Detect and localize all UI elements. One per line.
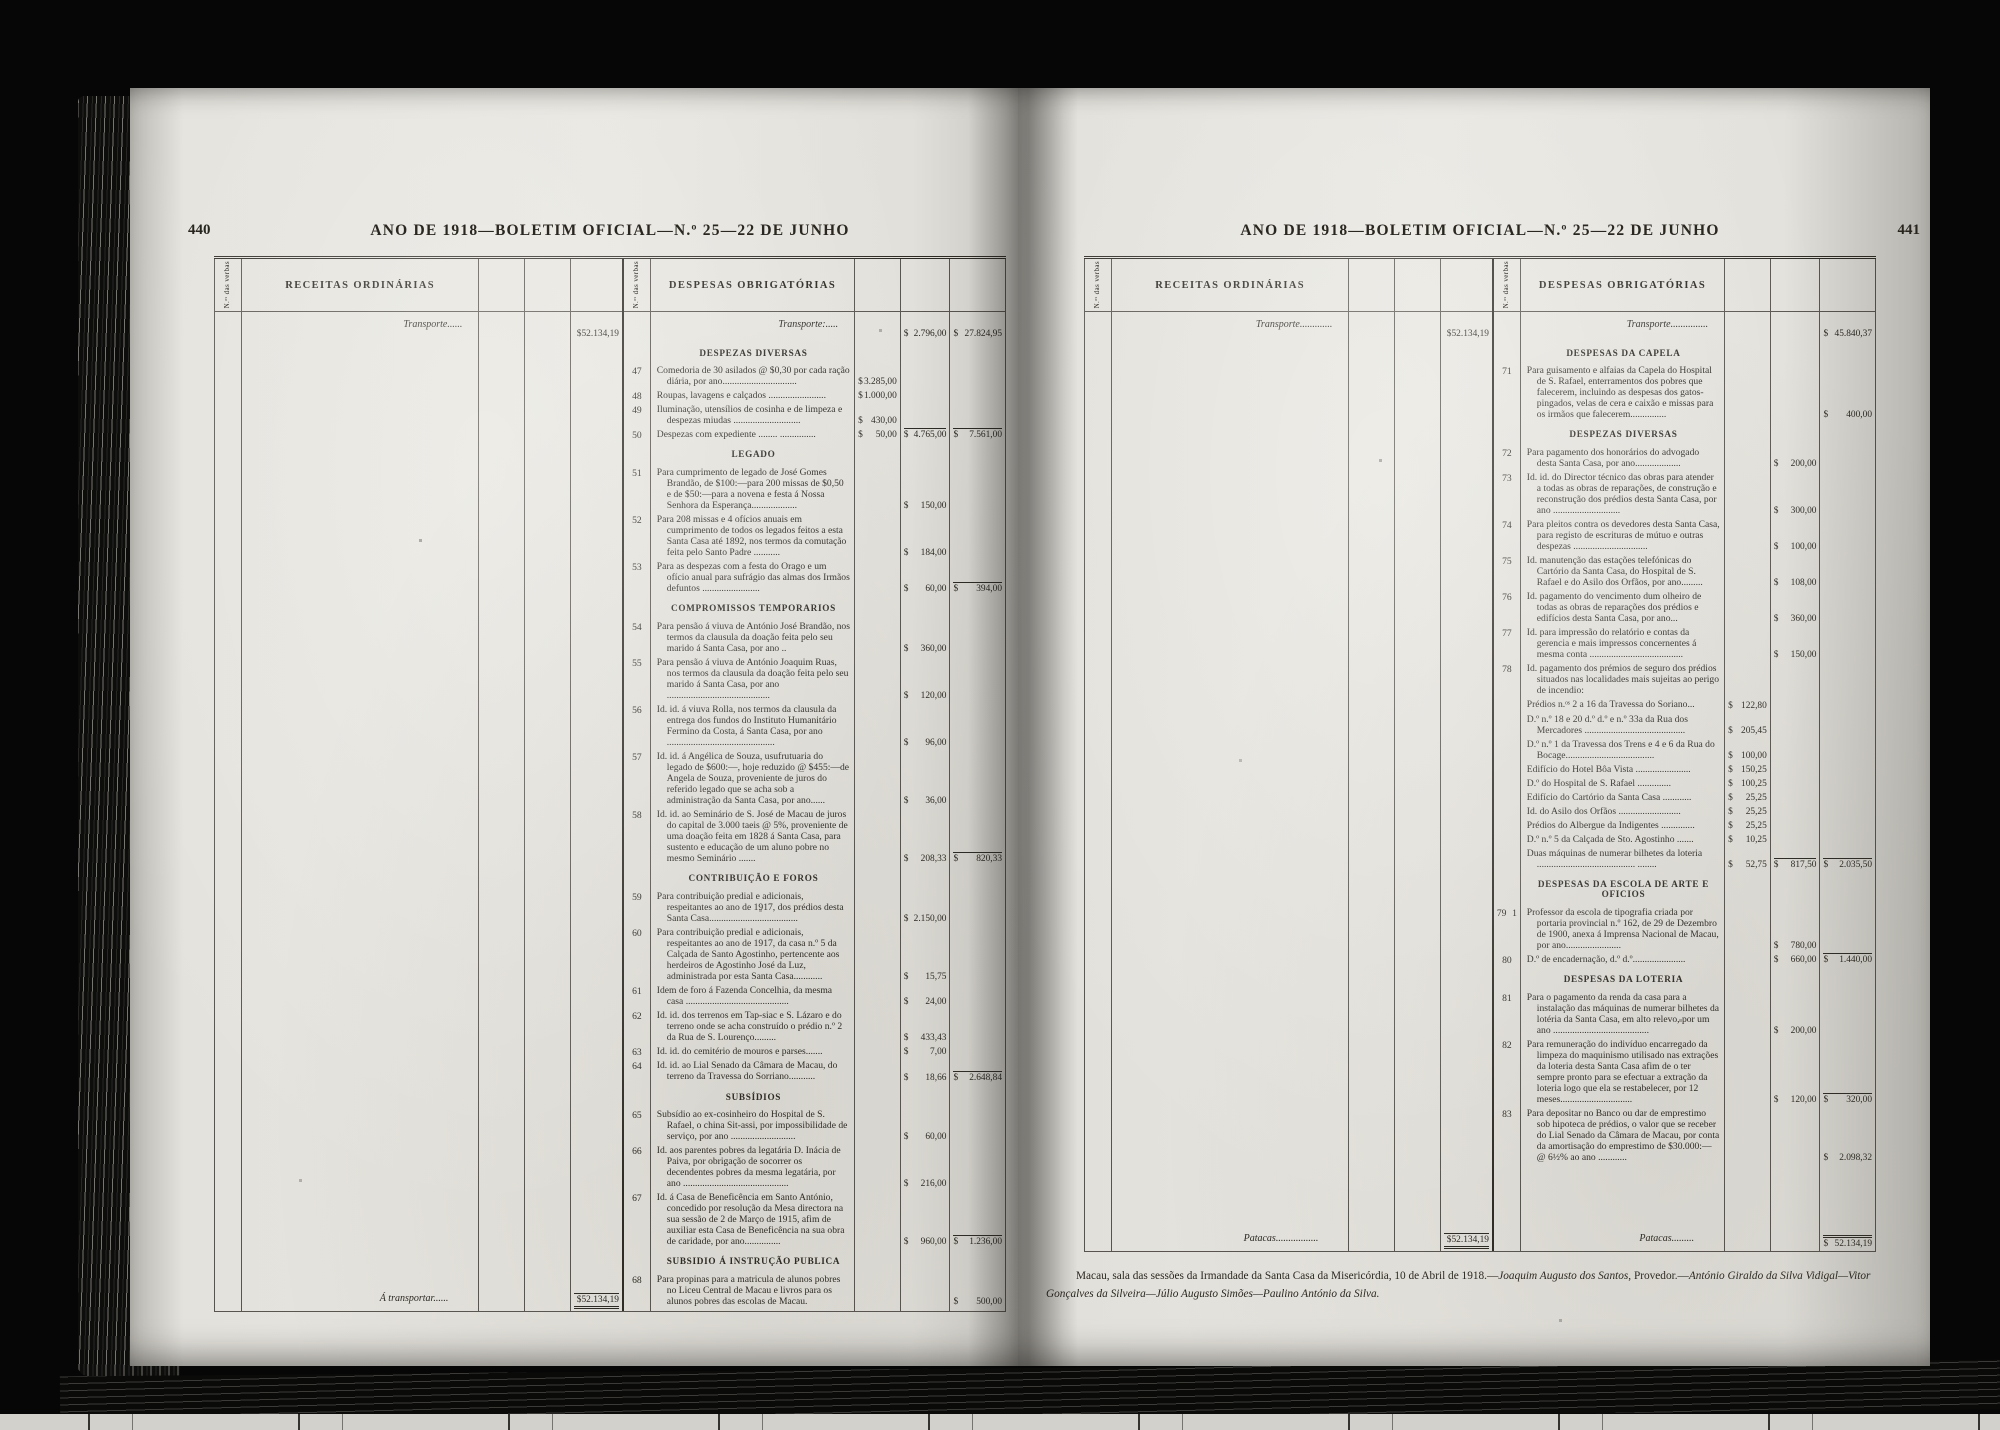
amount-cell [1348, 341, 1394, 1229]
verba-number-cell: 55 [624, 656, 650, 703]
amount: $300,00 [1774, 506, 1817, 516]
ledger-row [1494, 1165, 1875, 1228]
verba-number-cell [624, 1249, 650, 1273]
receitas-half: N.ᵒˢ das verbasRECEITAS ORDINÁRIASTransp… [1084, 259, 1492, 1251]
entry-text-cell: Roupas, lavagens e calçados ............… [650, 389, 854, 403]
entry-text-cell: Id. manutenção das estações telefónicas … [1520, 554, 1724, 590]
amount-value: $52.134,19 [577, 1295, 619, 1305]
verba-number-cell [1085, 312, 1111, 341]
ledger-row-72: 72Para pagamento dos honorários do advog… [1494, 446, 1875, 471]
ledger-table-441: N.ᵒˢ das verbasRECEITAS ORDINÁRIASTransp… [1084, 256, 1876, 1252]
entry-text-cell: DESPESAS DA ESCOLA DE ARTE E OFICIOS [1520, 872, 1724, 906]
amount-total [949, 1009, 1005, 1045]
verba-number: 67 [632, 1193, 642, 1204]
entry-text: Id. pagamento dos prémios de seguro dos … [1527, 663, 1720, 696]
verba-number: 59 [632, 892, 642, 903]
amount-subtotal: $120,00 [900, 656, 950, 703]
amount-value: 108,00 [1791, 578, 1817, 588]
amount-total [949, 620, 1005, 656]
amount-detail [854, 620, 900, 656]
ledger-row: D.º n.º 18 e 20 d.º d.º e n.º 33a da Rua… [1494, 713, 1875, 738]
ledger-row: Prédios n.ᵒˢ 2 a 16 da Travessa do Soria… [1494, 698, 1875, 712]
amount-detail [854, 1108, 900, 1144]
amount-detail [1724, 906, 1770, 953]
receitas-label-cell [241, 341, 478, 1289]
verba-number-cell: 59 [624, 890, 650, 926]
section-heading: DESPESAS DA LOTERIA [1527, 968, 1720, 989]
entry-text: Id. id. ao Seminário de S. José de Macau… [657, 809, 850, 864]
amount-subtotal: $4.765,00 [900, 428, 950, 442]
amount-detail [854, 442, 900, 466]
amount-value: $52.134,19 [1447, 329, 1489, 339]
verba-number: 56 [632, 705, 642, 716]
amount: $52,75 [1728, 860, 1767, 870]
entry-text-cell: Prédios do Albergue da Indigentes ......… [1520, 819, 1724, 833]
ledger-table-440: N.ᵒˢ das verbasRECEITAS ORDINÁRIASTransp… [214, 256, 1006, 1312]
amount-total: $400,00 [1819, 364, 1875, 422]
amount-total: $2.035,50 [1819, 847, 1875, 872]
entry-text-cell [1520, 1165, 1724, 1228]
currency-sign: $ [1774, 542, 1779, 552]
amount: $100,00 [1728, 751, 1767, 761]
amount-value: 500,00 [976, 1297, 1002, 1307]
amount: $200,00 [1774, 1026, 1817, 1036]
section-row: DESPESAS DA LOTERIA [1494, 967, 1875, 991]
amount-total [949, 341, 1005, 365]
page-number: 440 [188, 222, 211, 239]
ledger-row: D.º n.º 1 da Travessa dos Trens e 4 e 6 … [1494, 738, 1875, 763]
amount-detail [1724, 446, 1770, 471]
verba-number-cell: 81 [1494, 991, 1520, 1038]
ledger-row-62: 62Id. id. dos terrenos em Tap-siac e S. … [624, 1009, 1005, 1045]
amount-subtotal [900, 1249, 950, 1273]
ledger-row: Id. do Asilo dos Orfãos ................… [1494, 805, 1875, 819]
entry-text: Para pleitos contra os devedores desta S… [1527, 519, 1720, 552]
amount-detail [854, 1191, 900, 1249]
amount-subtotal: $433,43 [900, 1009, 950, 1045]
entry-text: Id. para impressão do relatório e contas… [1527, 627, 1720, 660]
amount-value: 1.000,00 [864, 391, 897, 401]
verba-number-cell: 50 [624, 428, 650, 442]
ledger-row: Edifício do Cartório da Santa Casa .....… [1494, 791, 1875, 805]
amount-value: $52.134,19 [1447, 1235, 1489, 1245]
verba-number-cell: 72 [1494, 446, 1520, 471]
ledger-row-76: 76Id. pagamento do vencimento dum olheir… [1494, 590, 1875, 626]
amount: $433,43 [904, 1033, 947, 1043]
amount-detail: $3.285,00 [854, 364, 900, 389]
currency-sign: $ [1774, 1026, 1779, 1036]
ledger-row-81: 81Para o pagamento da renda da casa para… [1494, 991, 1875, 1038]
amount: $216,00 [904, 1179, 947, 1189]
amount: $27.824,95 [953, 329, 1002, 339]
amount-total [1819, 1165, 1875, 1228]
amount-detail [854, 466, 900, 513]
verba-number-cell [1494, 698, 1520, 712]
amount-value: 360,00 [921, 644, 947, 654]
amount-value: 120,00 [921, 691, 947, 701]
amount-total [949, 364, 1005, 389]
amount-total [1819, 777, 1875, 791]
section-row: COMPROMISSOS TEMPORARIOS [624, 596, 1005, 620]
amount-detail: $1.000,00 [854, 389, 900, 403]
header-amount-cell [1819, 259, 1875, 311]
amount: $150,25 [1728, 765, 1767, 775]
amount-value: 360,00 [1791, 614, 1817, 624]
verba-number-cell [1085, 1229, 1111, 1252]
amount-total [1819, 446, 1875, 471]
amount-subtotal: $150,00 [1770, 626, 1820, 662]
amount-total [1819, 967, 1875, 991]
amount-value: 216,00 [921, 1179, 947, 1189]
ledger-row: Patacas.........$52.134,19 [1494, 1229, 1875, 1252]
carry-row: Transporte...............$45.840,37 [1494, 312, 1875, 341]
verba-number-cell: 67 [624, 1191, 650, 1249]
entry-text-cell: Iluminação, utensílios de cosinha e de l… [650, 403, 854, 428]
entry-text-cell: D.º n.º 1 da Travessa dos Trens e 4 e 6 … [1520, 738, 1724, 763]
amount-subtotal: $208,33 [900, 808, 950, 866]
page-number: 441 [1898, 222, 1921, 239]
amount-detail [854, 866, 900, 890]
amount-detail [1724, 518, 1770, 554]
section-row: DESPEZAS DIVERSAS [1494, 422, 1875, 446]
amount-detail [854, 926, 900, 984]
amount-detail [1724, 626, 1770, 662]
currency-sign: $ [904, 644, 909, 654]
verba-number-cell: 65 [624, 1108, 650, 1144]
ledger-row-65: 65Subsídio ao ex-cosinheiro do Hospital … [624, 1108, 1005, 1144]
despesas-header-row: N.ᵒˢ das verbasDESPESAS OBRIGATÓRIAS [624, 259, 1005, 312]
entry-text-cell: Para as despezas com a festa do Orago e … [650, 560, 854, 596]
amount: $1.440,00 [1823, 953, 1872, 965]
amount: $184,00 [904, 548, 947, 558]
currency-sign: $ [1728, 793, 1733, 803]
amount-cell [1348, 1229, 1394, 1252]
amount: $2.150,00 [904, 914, 947, 924]
ledger-row-75: 75Id. manutenção das estações telefónica… [1494, 554, 1875, 590]
amount-subtotal [1770, 341, 1820, 365]
section-row: DESPESAS DA ESCOLA DE ARTE E OFICIOS [1494, 872, 1875, 906]
verba-number-cell [1494, 738, 1520, 763]
currency-sign: $ [1823, 1153, 1828, 1163]
receitas-body: Transporte.............$52.134,19Patacas… [1085, 312, 1492, 1251]
amount: $60,00 [904, 584, 947, 594]
entry-text-cell: Transporte:..... [650, 312, 854, 341]
receitas-header-row: N.ᵒˢ das verbasRECEITAS ORDINÁRIAS [215, 259, 622, 312]
verba-number: 77 [1502, 628, 1512, 639]
ledger-row-50: 50Despezas com expediente ........ .....… [624, 428, 1005, 442]
amount: $2.796,00 [904, 329, 947, 339]
amount: $1.236,00 [953, 1235, 1002, 1247]
footer-text: , Provedor.— [1628, 1270, 1689, 1282]
entry-text: Professor da escola de tipografia criada… [1527, 907, 1720, 951]
entry-text: Id. á Casa de Beneficência em Santo Antó… [657, 1192, 850, 1247]
amount-value: 150,25 [1741, 765, 1767, 775]
header-amount-cell [854, 259, 900, 311]
amount-subtotal [900, 341, 950, 365]
entry-text: Para remuneração do indivíduo encarregad… [1527, 1039, 1720, 1105]
verbas-caption: N.ᵒˢ das verbas [224, 261, 231, 308]
verba-number-cell: 61 [624, 984, 650, 1009]
section-heading: CONTRIBUIÇÃO E FOROS [657, 867, 850, 888]
amount-total [949, 656, 1005, 703]
amount-value: 96,00 [925, 738, 946, 748]
entry-text: Roupas, lavagens e calçados ............… [657, 390, 850, 401]
currency-sign: $ [953, 329, 958, 339]
amount-value: 430,00 [871, 416, 897, 426]
receitas-column-header: RECEITAS ORDINÁRIAS [241, 259, 478, 311]
amount-total: $27.824,95 [949, 312, 1005, 341]
amount: $2.098,32 [1823, 1153, 1872, 1163]
amount-total [1819, 738, 1875, 763]
entry-text-cell: DESPESAS DA LOTERIA [1520, 967, 1724, 991]
entry-text: Para pagamento dos honorários do advogad… [1527, 447, 1720, 469]
ledger-row-74: 74Para pleitos contra os devedores desta… [1494, 518, 1875, 554]
entry-text-cell: Para cumprimento de legado de José Gomes… [650, 466, 854, 513]
currency-sign: $ [904, 738, 909, 748]
currency-sign: $ [1728, 751, 1733, 761]
entry-text-cell: DESPESAS DA CAPELA [1520, 341, 1724, 365]
amount-detail [854, 341, 900, 365]
verba-number: 47 [632, 366, 642, 377]
scanner-bed-strip [0, 1414, 2000, 1430]
amount-detail [854, 596, 900, 620]
entry-text-cell: Id. id. do cemitério de mouros e parses.… [650, 1045, 854, 1059]
verba-number: 57 [632, 752, 642, 763]
amount-total [949, 1108, 1005, 1144]
amount-detail: $100,25 [1724, 777, 1770, 791]
amount-subtotal: $817,50 [1770, 847, 1820, 872]
entry-text: D.º n.º 5 da Calçada de Sto. Agostinho .… [1527, 834, 1720, 845]
entry-text: Id. pagamento do vencimento dum olheiro … [1527, 591, 1720, 624]
amount-total [1819, 713, 1875, 738]
receitas-row: Patacas.................$52.134,19 [1085, 1229, 1492, 1252]
amount-total [949, 596, 1005, 620]
entry-text: D.º do Hospital de S. Rafael ...........… [1527, 778, 1720, 789]
entry-text-cell: Id. á Casa de Beneficência em Santo Antó… [650, 1191, 854, 1249]
amount-value: 100,25 [1741, 779, 1767, 789]
amount-total [949, 703, 1005, 750]
verba-number-cell [1494, 422, 1520, 446]
currency-sign: $ [904, 548, 909, 558]
amount-detail [854, 1144, 900, 1191]
receitas-total [570, 341, 622, 1289]
amount-cell [478, 312, 524, 341]
verba-number-cell: 57 [624, 750, 650, 808]
entry-text-cell: Edifício do Cartório da Santa Casa .....… [1520, 791, 1724, 805]
amount-subtotal: $360,00 [1770, 590, 1820, 626]
currency-sign: $ [1728, 835, 1733, 845]
amount-detail: $25,25 [1724, 805, 1770, 819]
carry-label: Patacas................. [1118, 1230, 1344, 1250]
verba-number: 49 [632, 405, 642, 416]
verba-number-cell [1085, 341, 1111, 1229]
entry-text: D.º de encadernação, d.º d.º............… [1527, 954, 1720, 965]
amount-detail: $430,00 [854, 403, 900, 428]
amount-value: 433,43 [921, 1033, 947, 1043]
amount-subtotal: $60,00 [900, 1108, 950, 1144]
amount-detail [854, 656, 900, 703]
section-row: SUBSÍDIOS [624, 1085, 1005, 1109]
entry-text: Para contribuição predial e adicionais, … [657, 927, 850, 982]
entry-text-cell: DESPEZAS DIVERSAS [650, 341, 854, 365]
verba-number: 83 [1502, 1109, 1512, 1120]
entry-text-cell: Id. id. dos terrenos em Tap-siac e S. Lá… [650, 1009, 854, 1045]
entry-text: Id. id. á viuva Rolla, nos termos da cla… [657, 704, 850, 748]
amount-subtotal: $24,00 [900, 984, 950, 1009]
currency-sign: $ [1728, 765, 1733, 775]
entry-text-cell: Id. id. á Angélica de Souza, usufrutuari… [650, 750, 854, 808]
verba-number-cell [1494, 872, 1520, 906]
amount: $25,25 [1728, 807, 1767, 817]
entry-text: Para 208 missas e 4 ofícios anuais em cu… [657, 514, 850, 558]
ledger-row-57: 57Id. id. á Angélica de Souza, usufrutua… [624, 750, 1005, 808]
entry-text-cell: Id. pagamento do vencimento dum olheiro … [1520, 590, 1724, 626]
verba-number: 53 [632, 562, 642, 573]
amount-detail: $50,00 [854, 428, 900, 442]
amount-subtotal: $200,00 [1770, 446, 1820, 471]
entry-text: Para guisamento e alfaias da Capela do H… [1527, 365, 1720, 420]
amount-total [1819, 991, 1875, 1038]
amount: $108,00 [1774, 578, 1817, 588]
entry-text-cell: Para contribuição predial e adicionais, … [650, 926, 854, 984]
currency-sign: $ [953, 1237, 958, 1247]
receitas-column-header: RECEITAS ORDINÁRIAS [1111, 259, 1348, 311]
despesas-body: Transporte...............$45.840,37DESPE… [1494, 312, 1875, 1251]
amount-total [1819, 422, 1875, 446]
amount-total [1819, 805, 1875, 819]
entry-text: Para contribuição predial e adicionais, … [657, 891, 850, 924]
amount-subtotal [1770, 738, 1820, 763]
amount-total [1819, 833, 1875, 847]
ledger-row-53: 53Para as despezas com a festa do Orago … [624, 560, 1005, 596]
amount: $45.840,37 [1823, 329, 1872, 339]
amount-value: 45.840,37 [1835, 329, 1873, 339]
amount-value: 15,75 [925, 972, 946, 982]
currency-sign: $ [904, 1237, 909, 1247]
verba-number-cell [1494, 713, 1520, 738]
section-heading: DESPEZAS DIVERSAS [1527, 423, 1720, 444]
verba-number-cell [624, 1085, 650, 1109]
verba-number: 50 [632, 430, 642, 441]
entry-text-cell: Para remuneração do indivíduo encarregad… [1520, 1038, 1724, 1107]
ledger-row-55: 55Para pensão á viuva de António Joaquim… [624, 656, 1005, 703]
entry-text: Comedoria de 30 asilados @ $0,30 por cad… [657, 365, 850, 387]
entry-text: D.º n.º 18 e 20 d.º d.º e n.º 33a da Rua… [1527, 714, 1720, 736]
verba-number-cell: 83 [1494, 1107, 1520, 1165]
amount: $150,00 [1774, 650, 1817, 660]
verba-number-cell: 76 [1494, 590, 1520, 626]
amount: $25,25 [1728, 821, 1767, 831]
verba-number-cell: 78 [1494, 662, 1520, 698]
amount-value: 60,00 [925, 1132, 946, 1142]
header-amount-cell [478, 259, 524, 311]
verba-number: 75 [1502, 556, 1512, 567]
currency-sign: $ [904, 584, 909, 594]
header-amount-cell [1394, 259, 1440, 311]
entry-text: Prédios do Albergue da Indigentes ......… [1527, 820, 1720, 831]
entry-text: Edifício do Cartório da Santa Casa .....… [1527, 792, 1720, 803]
carry-label: Transporte............. [1118, 313, 1344, 339]
receitas-label-cell: Transporte...... [241, 312, 478, 341]
amount-value: 122,80 [1741, 701, 1767, 711]
currency-sign: $ [904, 1033, 909, 1043]
entry-text: Iluminação, utensílios de cosinha e de l… [657, 404, 850, 426]
section-row: SUBSIDIO Á INSTRUÇÃO PUBLICA [624, 1249, 1005, 1273]
amount-value: 300,00 [1791, 506, 1817, 516]
ledger-row-78: 78Id. pagamento dos prémios de seguro do… [1494, 662, 1875, 698]
amount-subtotal [1770, 791, 1820, 805]
amount-subtotal: $7,00 [900, 1045, 950, 1059]
entry-text: Id. id. do cemitério de mouros e parses.… [657, 1046, 850, 1057]
entry-text-cell: Id. id. ao Seminário de S. José de Macau… [650, 808, 854, 866]
amount-subtotal: $150,00 [900, 466, 950, 513]
amount: $52.134,19 [1444, 329, 1489, 339]
entry-text: Subsídio ao ex-cosinheiro do Hospital de… [657, 1109, 850, 1142]
amount-subtotal [1770, 713, 1820, 738]
amount-detail [1724, 662, 1770, 698]
amount-subtotal [1770, 833, 1820, 847]
amount-value: 320,00 [1846, 1095, 1872, 1105]
entry-text-cell: SUBSIDIO Á INSTRUÇÃO PUBLICA [650, 1249, 854, 1273]
amount: $817,50 [1774, 858, 1817, 870]
currency-sign: $ [904, 1132, 909, 1142]
entry-text-cell: SUBSÍDIOS [650, 1085, 854, 1109]
amount-value: 25,25 [1746, 793, 1767, 803]
entry-text-cell: Id. do Asilo dos Orfãos ................… [1520, 805, 1724, 819]
amount-total [1819, 590, 1875, 626]
amount: $2.035,50 [1823, 858, 1872, 870]
despesas-column-header: DESPESAS OBRIGATÓRIAS [1520, 259, 1724, 311]
entry-text-cell: COMPROMISSOS TEMPORARIOS [650, 596, 854, 620]
currency-sign: $ [904, 854, 909, 864]
amount: $50,00 [858, 430, 897, 440]
amount-total [1819, 872, 1875, 906]
ledger-row: Duas máquinas de numerar bilhetes da lot… [1494, 847, 1875, 872]
ledger-row-68: 68Para propinas para a matricula de alun… [624, 1273, 1005, 1309]
verba-number-cell [1494, 805, 1520, 819]
verba-number-cell [1494, 847, 1520, 872]
ledger-row-61: 61Idem de foro á Fazenda Concelhia, da m… [624, 984, 1005, 1009]
amount-subtotal: $216,00 [900, 1144, 950, 1191]
entry-text: Id. do Asilo dos Orfãos ................… [1527, 806, 1720, 817]
entry-text-cell: Patacas......... [1520, 1229, 1724, 1252]
entry-text: D.º n.º 1 da Travessa dos Trens e 4 e 6 … [1527, 739, 1720, 761]
verba-number-cell [1494, 341, 1520, 365]
amount-value: 52,75 [1746, 860, 1767, 870]
entry-text-cell: Para propinas para a matricula de alunos… [650, 1273, 854, 1309]
verba-number-cell: 62 [624, 1009, 650, 1045]
amount-total [949, 466, 1005, 513]
verba-number-cell: 82 [1494, 1038, 1520, 1107]
amount-total [1819, 662, 1875, 698]
entry-text-cell: D.º n.º 18 e 20 d.º d.º e n.º 33a da Rua… [1520, 713, 1724, 738]
amount-subtotal [900, 389, 950, 403]
amount-value: 120,00 [1791, 1095, 1817, 1105]
amount-value: 660,00 [1791, 955, 1817, 965]
amount-detail: $25,25 [1724, 791, 1770, 805]
amount-detail: $150,25 [1724, 763, 1770, 777]
amount-subtotal: $96,00 [900, 703, 950, 750]
receitas-row: Transporte......$52.134,19 [215, 312, 622, 341]
amount-subtotal [1770, 967, 1820, 991]
amount: $120,00 [904, 691, 947, 701]
amount-value: 200,00 [1791, 1026, 1817, 1036]
amount-value: 2.098,32 [1839, 1153, 1872, 1163]
amount-cell [1394, 312, 1440, 341]
header-amount-cell [949, 259, 1005, 311]
amount: $360,00 [1774, 614, 1817, 624]
amount: $7,00 [904, 1047, 947, 1057]
